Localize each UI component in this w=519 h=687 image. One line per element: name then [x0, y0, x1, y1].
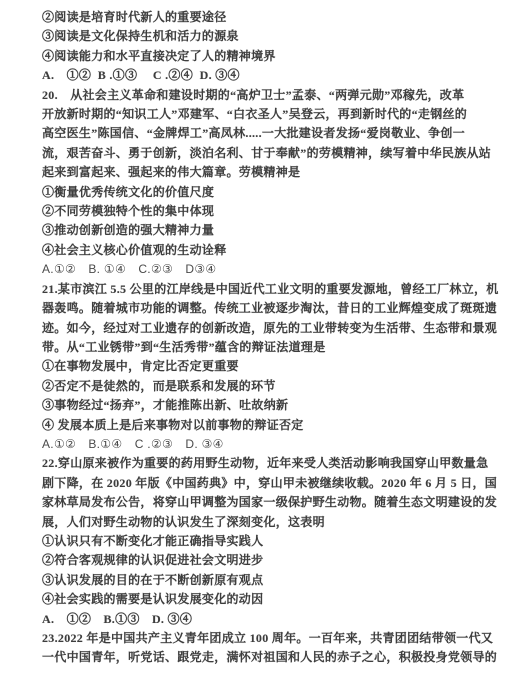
option-line: ②不同劳模独特个性的集中体现 [42, 202, 485, 221]
question-body-line: 流，艰苦奋斗、勇于创新，淡泊名利、甘于奉献”的劳模精神，续写着中华民族从站 [42, 144, 485, 163]
question-body-line: 展，人们对野生动物的认识发生了深刻变化，这表明 [42, 513, 485, 532]
question-body-line: 21.某市滨江 5.5 公里的江岸线是中国近代工业文明的重要发源地，曾经工厂林立… [42, 280, 485, 299]
option-line: ④社会实践的需要是认识发展变化的动因 [42, 590, 485, 609]
question-body-line: 迹。如今，经过对工业遗存的创新改造，原先的工业带转变为生活带、生态带和景观 [42, 319, 485, 338]
question-22-block: 22.穿山原来被作为重要的药用野生动物，近年来受人类活动影响我国穿山甲数量急 剧… [42, 454, 485, 629]
question-body-line: 起来到富起来、强起来的伟大篇章。劳模精神是 [42, 163, 485, 182]
exam-page: ②阅读是培育时代新人的重要途径 ③阅读是文化保持生机和活力的源泉 ④阅读能力和水… [0, 0, 519, 687]
option-line: ①在事物发展中，肯定比否定更重要 [42, 357, 485, 376]
answer-choices-line: A.①② B.①④ C .②③ D. ③④ [42, 435, 485, 454]
question-body-line: 高空医生”陈国信、“金牌焊工”高凤林.....一大批建设者发扬“爱岗敬业、争创一 [42, 124, 485, 143]
option-line: ④ 发展本质上是后来事物对以前事物的辩证否定 [42, 416, 485, 435]
question-body-line: 剧下降，在 2020 年版《中国药典》中，穿山甲未被继续收载。2020 年 6 … [42, 474, 485, 493]
question-21-block: 21.某市滨江 5.5 公里的江岸线是中国近代工业文明的重要发源地，曾经工厂林立… [42, 280, 485, 455]
question-19-tail-block: ②阅读是培育时代新人的重要途径 ③阅读是文化保持生机和活力的源泉 ④阅读能力和水… [42, 8, 485, 86]
question-body-line: 开放新时期的“知识工人”邓建军、“白衣圣人”吴登云，再到新时代的“走钢丝的 [42, 105, 485, 124]
answer-choices-line: A. ①② B .①③ C .②④ D. ③④ [42, 66, 485, 85]
question-20-block: 20. 从社会主义革命和建设时期的“高炉卫士”孟泰、“两弹元勋”邓稼先，改革 开… [42, 86, 485, 280]
option-line: ③阅读是文化保持生机和活力的源泉 [42, 27, 485, 46]
option-line: ②符合客观规律的认识促进社会文明进步 [42, 551, 485, 570]
option-line: ③事物经过“扬弃”，才能推陈出新、吐故纳新 [42, 396, 485, 415]
option-line: ①衡量优秀传统文化的价值尺度 [42, 183, 485, 202]
question-body-line: 家林草局发布公告，将穿山甲调整为国家一级保护野生动物。随着生态文明建设的发 [42, 493, 485, 512]
option-line: ②阅读是培育时代新人的重要途径 [42, 8, 485, 27]
option-line: ①认识只有不断变化才能正确指导实践人 [42, 532, 485, 551]
option-line: ④社会主义核心价值观的生动诠释 [42, 241, 485, 260]
option-line: ④阅读能力和水平直接决定了人的精神境界 [42, 47, 485, 66]
option-line: ②否定不是徒然的，而是联系和发展的环节 [42, 377, 485, 396]
question-body-line: 22.穿山原来被作为重要的药用野生动物，近年来受人类活动影响我国穿山甲数量急 [42, 454, 485, 473]
option-line: ③推动创新创造的强大精神力量 [42, 221, 485, 240]
answer-choices-line: A.①② B. ①④ C.②③ D③④ [42, 260, 485, 279]
option-line: ③认识发展的目的在于不断创新原有观点 [42, 571, 485, 590]
question-body-line: 带。从“工业锈带”到“生活秀带”蕴含的辩证法道理是 [42, 338, 485, 357]
question-body-line: 器轰鸣。随着城市功能的调整。传统工业被逐步淘汰，昔日的工业辉煌变成了斑斑遗 [42, 299, 485, 318]
question-body-line: 一代中国青年，听党话、跟党走，满怀对祖国和人民的赤子之心，积极投身党领导的 [42, 648, 485, 667]
question-body-line: 23.2022 年是中国共产主义青年团成立 100 周年。一百年来，共青团团结带… [42, 629, 485, 648]
answer-choices-line: A. ①② B.①③ D. ③④ [42, 610, 485, 629]
question-23-block: 23.2022 年是中国共产主义青年团成立 100 周年。一百年来，共青团团结带… [42, 629, 485, 668]
question-body-line: 20. 从社会主义革命和建设时期的“高炉卫士”孟泰、“两弹元勋”邓稼先，改革 [42, 86, 485, 105]
